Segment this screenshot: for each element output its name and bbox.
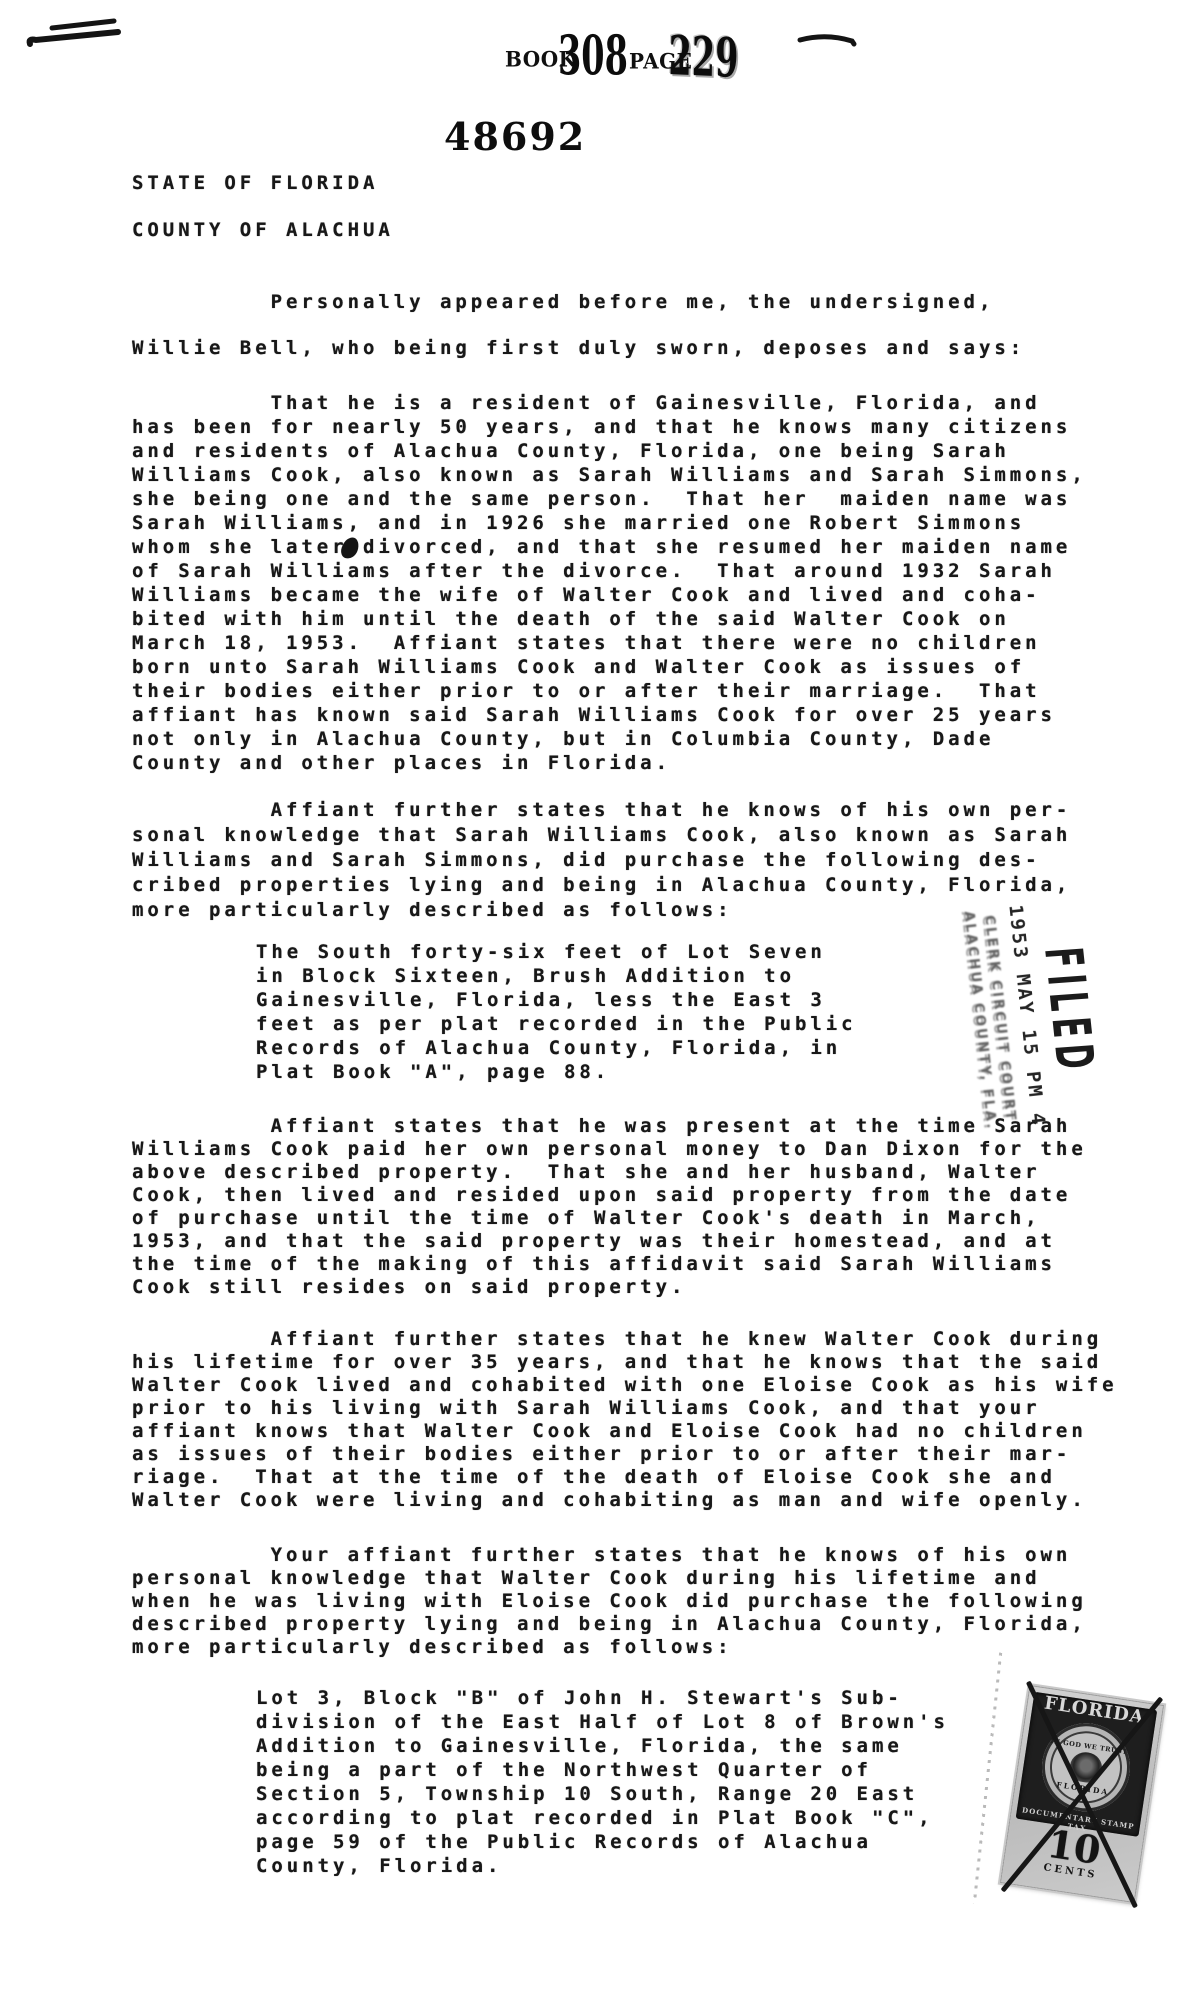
paragraph-eloise-cook: Affiant further states that he knew Walt… [132, 1328, 1118, 1512]
book-page-stamp: BOOK 308 PAGE 229 [0, 0, 1200, 100]
property-description-2: Lot 3, Block "B" of John H. Stewart's Su… [256, 1686, 949, 1878]
filed-stamp-word: FILED [1037, 946, 1100, 1078]
state-caption: STATE OF FLORIDA [132, 171, 378, 195]
paragraph-second-purchase: Your affiant further states that he know… [132, 1544, 1087, 1659]
instrument-number: 48692 [444, 118, 586, 156]
filed-stamp: FILED 1953 MAY 15 PM 4 CLERK CIRCUIT COU… [920, 857, 1109, 1178]
paragraph-residency: That he is a resident of Gainesville, Fl… [132, 391, 1087, 775]
paragraph-payment-homestead: Affiant states that he was present at th… [132, 1115, 1087, 1299]
intro-line-1: Personally appeared before me, the under… [132, 290, 994, 314]
property-description-1: The South forty-six feet of Lot Seven in… [256, 940, 857, 1084]
affidavit-scanned-page: BOOK 308 PAGE 229 48692 STATE OF FLORIDA… [0, 0, 1200, 1991]
county-caption: COUNTY OF ALACHUA [132, 218, 394, 242]
page-number: 229 [668, 28, 739, 85]
book-number: 308 [558, 28, 628, 82]
intro-line-2: Willie Bell, who being first duly sworn,… [132, 336, 1025, 360]
florida-tax-stamp: FLORIDA IN GOD WE TRUST FLORIDA DOCUMENT… [1000, 1685, 1164, 1903]
stamp-perforation-dots [973, 1653, 1002, 1904]
